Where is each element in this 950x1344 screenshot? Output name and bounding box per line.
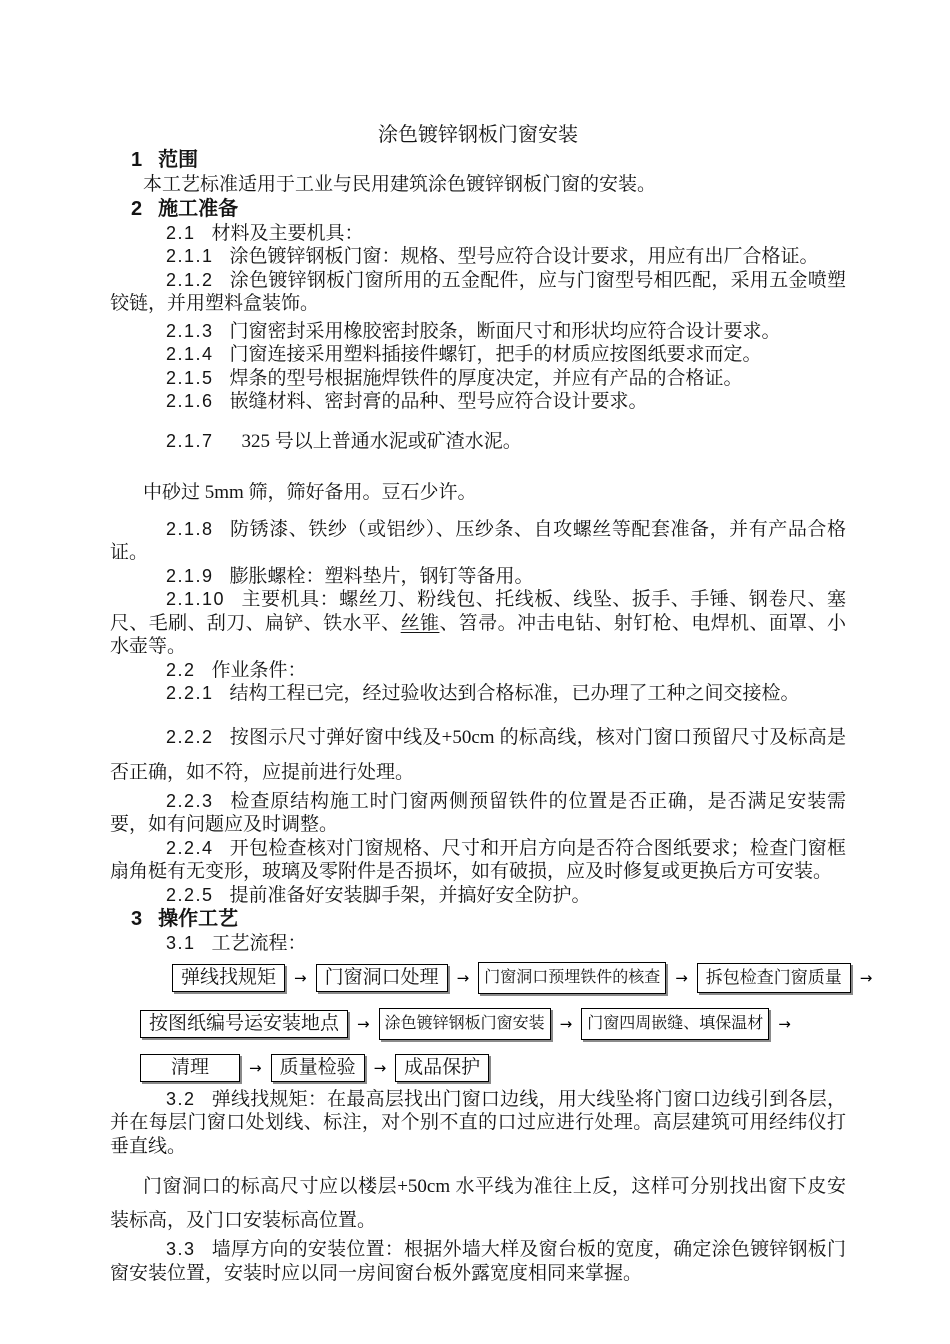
item-number: 2.1.10 [166,589,225,609]
para-2-1-1: 2.1.1涂色镀锌钢板门窗：规格、型号应符合设计要求，用应有出厂合格证。 [110,245,846,269]
para-2-1-6: 2.1.6嵌缝材料、密封膏的品种、型号应符合设计要求。 [110,390,846,414]
item-text: 焊条的型号根据施焊铁件的厚度决定，并应有产品的合格证。 [230,368,743,389]
heading-preparation: 2施工准备 [110,197,846,222]
para-3-2: 3.2弹线找规矩：在最高层找出门窗口边线，用大线坠将门窗口边线引到各层，并在每层… [110,1088,846,1159]
para-2-2-5: 2.2.5提前准备好安装脚手架，并搞好安全防护。 [110,884,846,908]
para-2-1-4: 2.1.4门窗连接采用塑料插接件螺钉，把手的材质应按图纸要求而定。 [110,343,846,367]
item-text-underlined: 丝锥 [401,613,440,634]
item-text: 墙厚方向的安装位置：根据外墙大样及窗台板的宽度，确定涂色镀锌钢板门窗安装位置，安… [110,1239,846,1284]
arrow-right-icon: → [851,967,882,989]
para-2-2-3: 2.2.3检查原结构施工时门窗两侧预留铁件的位置是否正确，是否满足安装需要，如有… [110,790,846,837]
flowchart-row-1: 弹线找规矩 → 门窗洞口处理 → 门窗洞口预埋铁件的核查 → 拆包检查门窗质量 … [110,962,846,994]
item-text: 门窗密封采用橡胶密封胶条，断面尺寸和形状均应符合设计要求。 [230,321,781,342]
para-2-2-2: 2.2.2按图示尺寸弹好窗中线及+50cm 的标高线，核对门窗口预留尺寸及标高是… [110,720,846,790]
arrow-right-icon: → [285,967,316,989]
heading-number: 1 [131,149,143,171]
para-2-1: 2.1材料及主要机具： [110,222,846,246]
item-text: 325 号以上普通水泥或矿渣水泥。 [242,431,522,452]
item-number: 2.2.4 [166,838,214,858]
item-number: 2.2.1 [166,683,214,703]
flow-step-caulking-insulation: 门窗四周嵌缝、填保温材 [581,1008,769,1040]
flow-step-layout-lines: 弹线找规矩 [172,964,285,992]
para-2-1-3: 2.1.3门窗密封采用橡胶密封胶条，断面尺寸和形状均应符合设计要求。 [110,320,846,344]
item-text: 防锈漆、铁纱（或铝纱）、压纱条、自攻螺丝等配套准备，并有产品合格证。 [110,519,846,564]
para-2-1-7: 2.1.7325 号以上普通水泥或矿渣水泥。 [110,430,846,454]
item-number: 2.2 [166,660,196,680]
item-number: 2.1 [166,223,196,243]
item-text: 结构工程已完，经过验收达到合格标准，已办理了工种之间交接检。 [230,683,800,704]
item-text: 工艺流程： [212,933,307,954]
para-2-1-10: 2.1.10主要机具：螺丝刀、粉线包、托线板、线坠、扳手、手锤、钢卷尺、塞尺、毛… [110,588,846,659]
item-number: 3.3 [166,1239,196,1259]
flow-step-window-installation: 涂色镀锌钢板门窗安装 [379,1008,551,1040]
para-2-1-9: 2.1.9膨胀螺栓：塑料垫片，钢钉等备用。 [110,565,846,589]
para-3-1: 3.1工艺流程： [110,932,846,956]
flow-step-quality-inspection: 质量检验 [271,1054,365,1082]
flow-step-unpack-inspection: 拆包检查门窗质量 [697,963,851,993]
para-scope-body: 本工艺标准适用于工业与民用建筑涂色镀锌钢板门窗的安装。 [110,173,846,197]
arrow-right-icon: → [448,967,479,989]
flow-step-opening-treatment: 门窗洞口处理 [316,964,448,992]
heading-process: 3操作工艺 [110,907,846,932]
item-number: 2.2.2 [166,727,214,747]
item-text: 膨胀螺栓：塑料垫片，钢钉等备用。 [230,566,534,587]
arrow-right-icon: → [769,1013,800,1035]
flowchart-row-3: 清理 → 质量检验 → 成品保护 [110,1054,846,1082]
item-text: 弹线找规矩：在最高层找出门窗口边线，用大线坠将门窗口边线引到各层，并在每层门窗口… [110,1089,846,1157]
item-number: 2.1.1 [166,246,214,266]
heading-text: 施工准备 [158,198,238,220]
item-number: 3.2 [166,1089,196,1109]
item-text: 门窗连接采用塑料插接件螺钉，把手的材质应按图纸要求而定。 [230,344,762,365]
item-number: 2.1.6 [166,391,214,411]
flow-step-finished-product-protection: 成品保护 [395,1054,489,1082]
arrow-right-icon: → [365,1057,396,1079]
item-number: 2.1.7 [166,431,214,451]
document-title: 涂色镀锌钢板门窗安装 [110,122,846,148]
flow-step-cleanup: 清理 [140,1054,240,1082]
item-text: 涂色镀锌钢板门窗：规格、型号应符合设计要求，用应有出厂合格证。 [230,246,819,267]
item-number: 2.1.5 [166,368,214,388]
item-number: 3.1 [166,933,196,953]
item-text: 涂色镀锌钢板门窗所用的五金配件，应与门窗型号相匹配，采用五金喷塑铰链，并用塑料盒… [110,270,846,315]
item-text: 开包检查核对门窗规格、尺寸和开启方向是否符合图纸要求；检查门窗框扇角梃有无变形，… [110,838,846,883]
item-number: 2.2.5 [166,885,214,905]
item-text: 按图示尺寸弹好窗中线及+50cm 的标高线，核对门窗口预留尺寸及标高是否正确，如… [110,727,846,783]
heading-scope: 1范围 [110,148,846,173]
item-text: 作业条件： [212,660,307,681]
item-number: 2.1.8 [166,519,214,539]
document-page: 涂色镀锌钢板门窗安装 1范围 本工艺标准适用于工业与民用建筑涂色镀锌钢板门窗的安… [0,0,950,1344]
para-datum-line: 门窗洞口的标高尺寸应以楼层+50cm 水平线为准往上反，这样可分别找出窗下皮安装… [110,1170,846,1238]
arrow-right-icon: → [666,967,697,989]
item-number: 2.1.3 [166,321,214,341]
flow-step-embedded-parts-check: 门窗洞口预埋铁件的核查 [478,962,666,994]
item-number: 2.1.4 [166,344,214,364]
flowchart-row-2: 按图纸编号运安装地点 → 涂色镀锌钢板门窗安装 → 门窗四周嵌缝、填保温材 → [110,1008,846,1040]
arrow-right-icon: → [551,1013,582,1035]
item-text: 检查原结构施工时门窗两侧预留铁件的位置是否正确，是否满足安装需要，如有问题应及时… [110,791,846,836]
item-text: 材料及主要机具： [212,223,364,244]
arrow-right-icon: → [348,1013,379,1035]
flow-step-transport-by-drawing-number: 按图纸编号运安装地点 [140,1010,348,1038]
para-2-1-5: 2.1.5焊条的型号根据施焊铁件的厚度决定，并应有产品的合格证。 [110,367,846,391]
item-text: 嵌缝材料、密封膏的品种、型号应符合设计要求。 [230,391,648,412]
para-3-3: 3.3墙厚方向的安装位置：根据外墙大样及窗台板的宽度，确定涂色镀锌钢板门窗安装位… [110,1238,846,1285]
heading-number: 2 [131,198,143,220]
item-number: 2.1.2 [166,270,214,290]
item-number: 2.1.9 [166,566,214,586]
heading-text: 范围 [158,149,198,171]
para-2-1-8: 2.1.8防锈漆、铁纱（或铝纱）、压纱条、自攻螺丝等配套准备，并有产品合格证。 [110,518,846,565]
para-2-2-1: 2.2.1结构工程已完，经过验收达到合格标准，已办理了工种之间交接检。 [110,682,846,706]
heading-number: 3 [131,908,143,930]
item-text: 提前准备好安装脚手架，并搞好安全防护。 [230,885,591,906]
heading-text: 操作工艺 [158,908,238,930]
para-sand: 中砂过 5mm 筛，筛好备用。豆石少许。 [110,481,846,505]
item-number: 2.2.3 [166,791,214,811]
para-2-2: 2.2作业条件： [110,659,846,683]
para-2-2-4: 2.2.4开包检查核对门窗规格、尺寸和开启方向是否符合图纸要求；检查门窗框扇角梃… [110,837,846,884]
arrow-right-icon: → [240,1057,271,1079]
para-2-1-2: 2.1.2涂色镀锌钢板门窗所用的五金配件，应与门窗型号相匹配，采用五金喷塑铰链，… [110,269,846,316]
